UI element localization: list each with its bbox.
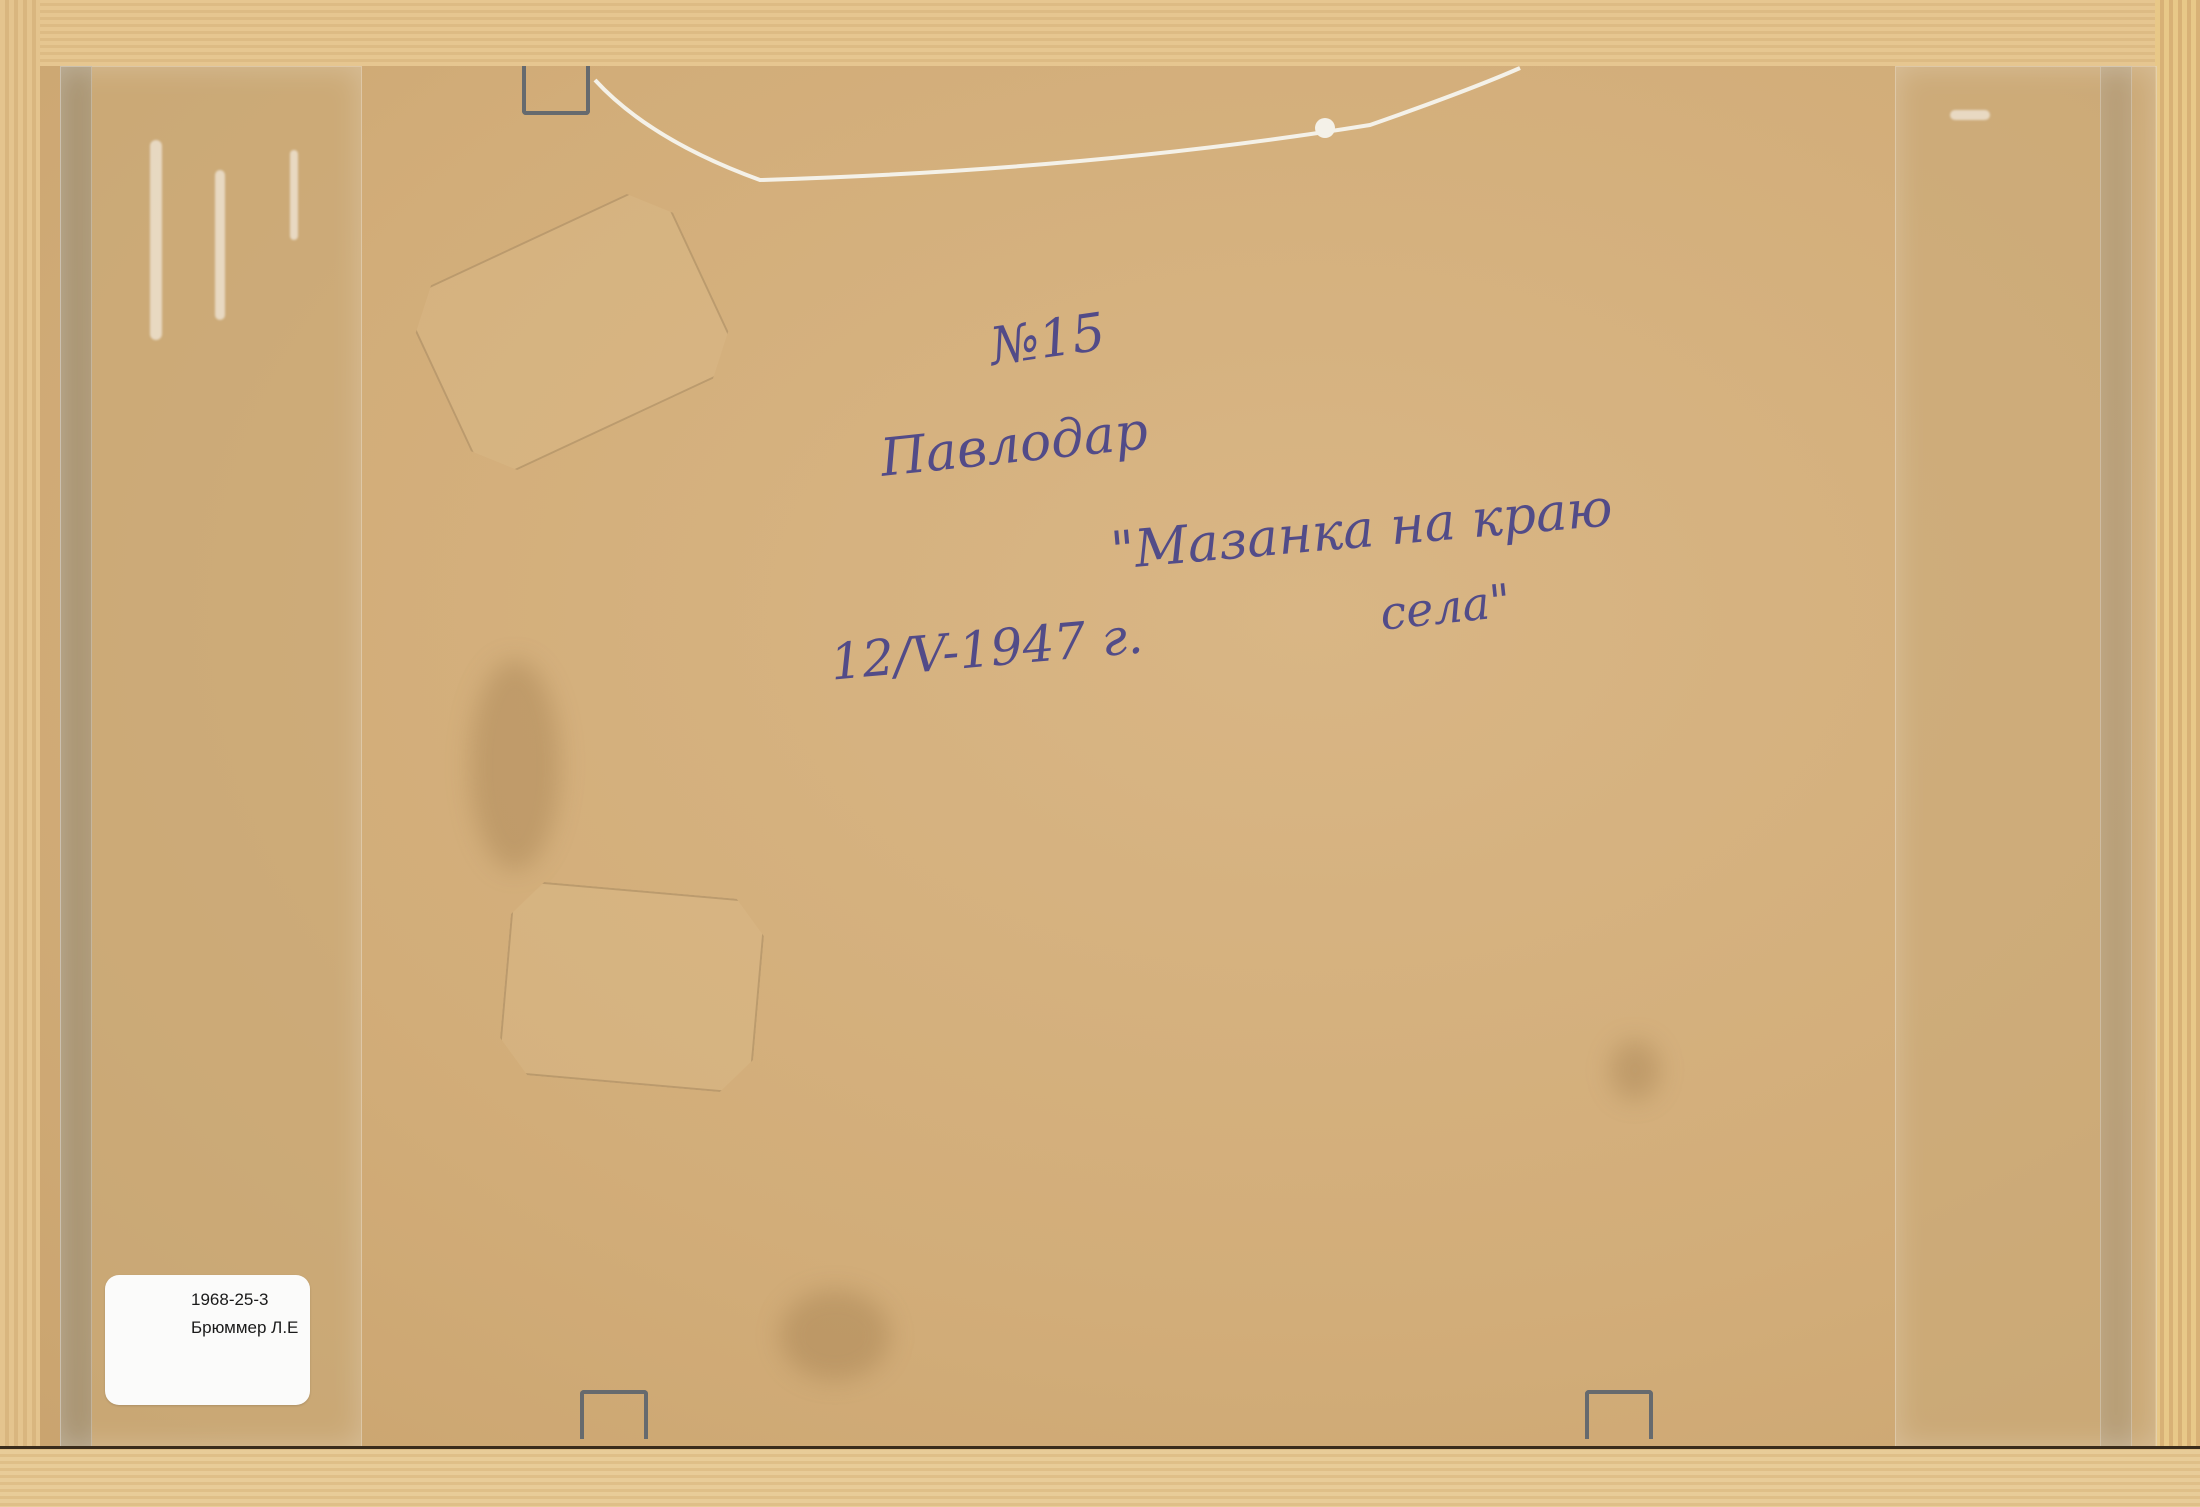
- frame-top-rail: [0, 0, 2200, 68]
- artist-name: Брюммер Л.Е: [191, 1318, 298, 1338]
- tape-edge-left: [60, 66, 92, 1448]
- inventory-number: 1968-25-3: [191, 1290, 269, 1310]
- inventory-label: 1968-25-3 Брюммер Л.Е: [105, 1275, 310, 1405]
- stain: [1610, 1040, 1660, 1100]
- tape-edge-right: [2100, 66, 2132, 1448]
- wooden-frame: №15 Павлодар "Мазанка на краю села" 12/V…: [0, 0, 2200, 1507]
- staple-bottom-right: [1585, 1390, 1653, 1439]
- tape-reflection: [290, 150, 298, 240]
- frame-left-rail: [0, 0, 40, 1507]
- stain: [780, 1290, 890, 1380]
- staple-top: [522, 66, 590, 115]
- tape-reflection: [150, 140, 162, 340]
- clear-tape-left: [60, 66, 362, 1448]
- frame-right-rail: [2155, 0, 2200, 1507]
- tape-reflection: [215, 170, 225, 320]
- stain: [470, 660, 560, 870]
- hanging-string: [590, 60, 1525, 190]
- staple-bottom-left: [580, 1390, 648, 1439]
- frame-bottom-rail: [0, 1446, 2200, 1507]
- paper-tab-bottom: [497, 879, 767, 1094]
- tape-reflection: [1950, 110, 1990, 120]
